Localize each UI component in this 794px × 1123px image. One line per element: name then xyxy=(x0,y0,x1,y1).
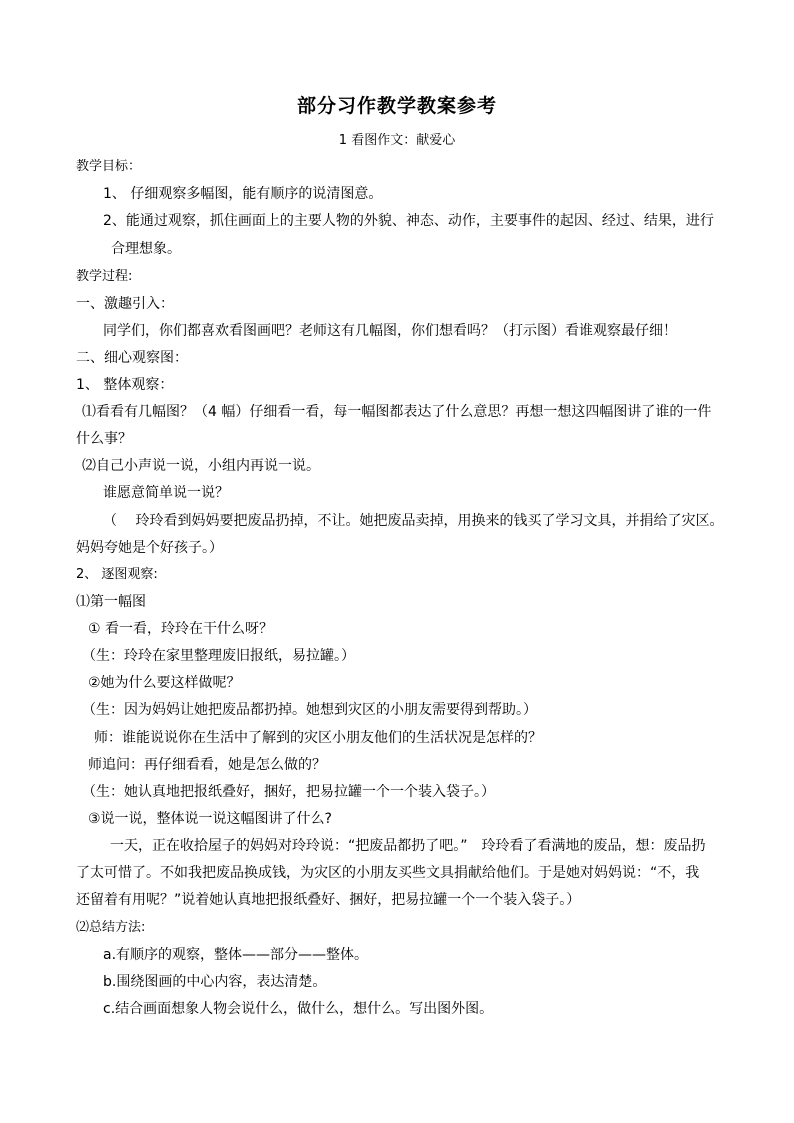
overall-item-2: ⑵自己小声说一说，小组内再说一说。 xyxy=(82,457,320,475)
section-heading-goals: 教学目标： xyxy=(76,158,141,176)
overall-answer: （ 玲玲看到妈妈要把废品扔掉，不让。她把废品卖掉，用换来的钱买了学习文具，并捐给… xyxy=(103,512,723,530)
step-heading-observe: 二、细心观察图： xyxy=(76,349,188,367)
teacher-question: 师：谁能说说你在生活中了解到的灾区小朋友他们的生活状况是怎样的？ xyxy=(94,729,542,747)
goal-item-2: 2、能通过观察，抓住画面上的主要人物的外貌、神态、动作，主要事件的起因、经过、结… xyxy=(103,212,714,230)
summary-item-a: a.有顺序的观察，整体——部分——整体。 xyxy=(103,946,368,964)
goal-item-2-continued: 合理想象。 xyxy=(111,240,181,258)
overall-question: 谁愿意简单说一说？ xyxy=(103,484,229,502)
section-heading-process: 教学过程: xyxy=(76,268,132,286)
intro-paragraph: 同学们，你们都喜欢看图画吧？老师这有几幅图，你们想看吗？（打示图）看谁观察最仔细… xyxy=(103,322,677,340)
step-heading-intro: 一、激趣引入： xyxy=(76,295,174,313)
summary-item-c: c.结合画面想象人物会说什么，做什么，想什么。写出图外图。 xyxy=(103,1000,493,1018)
overall-item-1: ⑴看看有几幅图？（4 幅）仔细看一看，每一幅图都表达了什么意思？再想一想这四幅图… xyxy=(82,403,711,421)
picture-1-narrative-continued-1: 了太可惜了。不如我把废品换成钱，为灾区的小朋友买些文具捐献给他们。于是她对妈妈说… xyxy=(76,864,699,882)
overall-answer-continued: 妈妈夸她是个好孩子。） xyxy=(76,539,223,557)
picture-1-question-1: ① 看一看，玲玲在干什么呀？ xyxy=(88,620,273,638)
overall-item-1-continued: 什么事？ xyxy=(76,430,132,448)
picture-1-answer-3: （生：她认真地把报纸叠好，捆好，把易拉罐一个一个装入袋子。） xyxy=(82,783,495,801)
picture-1-narrative-continued-2: 还留着有用呢？”说着她认真地把报纸叠好、捆好，把易拉罐一个一个装入袋子。） xyxy=(76,891,580,909)
picture-1-answer-2: （生：因为妈妈让她把废品都扔掉。她想到灾区的小朋友需要得到帮助。） xyxy=(82,701,537,719)
sub-heading-overall: 1、 整体观察： xyxy=(76,376,173,394)
picture-1-question-2: ②她为什么要这样做呢？ xyxy=(88,674,241,692)
sub-heading-per-picture: 2、 逐图观察: xyxy=(76,566,158,584)
document-page: 部分习作教学教案参考 1 看图作文：献爱心 教学目标： 1、 仔细观察多幅图，能… xyxy=(0,0,794,1123)
picture-1-narrative: 一天，正在收拾屋子的妈妈对玲玲说：“把废品都扔了吧。” 玲玲看了看满地的废品，想… xyxy=(110,837,706,855)
document-subtitle: 1 看图作文：献爱心 xyxy=(0,132,794,150)
goal-item-1: 1、 仔细观察多幅图，能有顺序的说清图意。 xyxy=(103,185,382,203)
picture-1-heading: ⑴第一幅图 xyxy=(76,593,146,611)
sub-heading-summary: ⑵总结方法: xyxy=(76,919,145,937)
teacher-follow-up: 师追问：再仔细看看，她是怎么做的？ xyxy=(88,756,326,774)
picture-1-answer-1: （生：玲玲在家里整理废旧报纸，易拉罐。） xyxy=(82,647,355,665)
document-title: 部分习作教学教案参考 xyxy=(0,94,794,118)
summary-item-b: b.围绕图画的中心内容，表达清楚。 xyxy=(103,973,326,991)
picture-1-question-3: ③说一说，整体说一说这幅图讲了什么? xyxy=(88,810,332,828)
